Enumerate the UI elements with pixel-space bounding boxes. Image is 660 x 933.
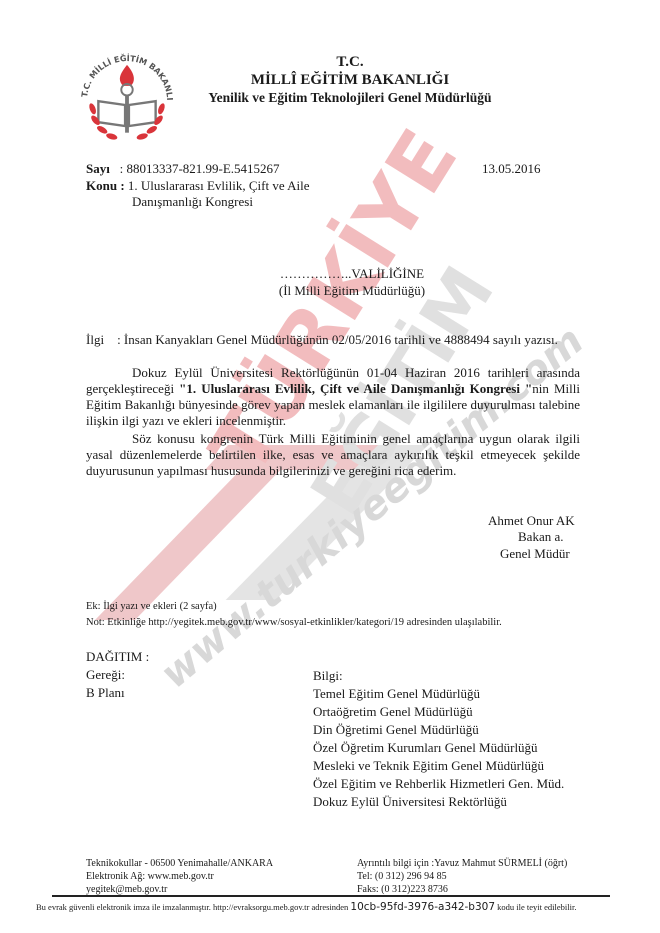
distribution-bilgi-label: Bilgi: — [313, 667, 564, 685]
reference: İlgi : İnsan Kanyakları Genel Müdürlüğün… — [86, 332, 558, 348]
footer-contact: Ayrıntılı bilgi için :Yavuz Mahmut SÜRME… — [357, 857, 567, 870]
body-paragraph-1: Dokuz Eylül Üniversitesi Rektörlüğünün 0… — [86, 365, 580, 429]
verification-code: 10cb-95fd-3976-a342-b307 — [350, 901, 495, 913]
list-item: Dokuz Eylül Üniversitesi Rektörlüğü — [313, 793, 564, 811]
distribution-bilgi-list: Bilgi: Temel Eğitim Genel Müdürlüğü Orta… — [313, 667, 564, 811]
list-item: Özel Öğretim Kurumları Genel Müdürlüğü — [313, 739, 564, 757]
list-item: Temel Eğitim Genel Müdürlüğü — [313, 685, 564, 703]
signatory-title1: Bakan a. — [518, 529, 563, 545]
footer-contact-block: Ayrıntılı bilgi için :Yavuz Mahmut SÜRME… — [357, 857, 567, 896]
addressee-line2: (İl Milli Eğitim Müdürlüğü) — [22, 283, 660, 299]
list-item: Mesleki ve Teknik Eğitim Genel Müdürlüğü — [313, 757, 564, 775]
verify-text-end: kodu ile teyit edilebilir. — [495, 902, 576, 912]
document-number: Sayı : 88013337-821.99-E.5415267 — [86, 161, 280, 177]
signatory-title2: Genel Müdür — [500, 546, 570, 562]
document-subject: Konu : 1. Uluslararası Evlilik, Çift ve … — [86, 178, 310, 194]
addressee-line1: ……………..VALİLİĞİNE — [22, 266, 660, 282]
sayi-value: : 88013337-821.99-E.5415267 — [120, 161, 280, 176]
list-item: Özel Eğitim ve Rehberlik Hizmetleri Gen.… — [313, 775, 564, 793]
header-ministry: MİLLÎ EĞİTİM BAKANLIĞI — [20, 72, 660, 89]
distribution-title: DAĞITIM : — [86, 649, 149, 665]
reference-value: : İnsan Kanyakları Genel Müdürlüğünün 02… — [117, 332, 558, 347]
verification-note: Bu evrak güvenli elektronik imza ile imz… — [36, 901, 576, 913]
verify-text-start: Bu evrak güvenli elektronik imza ile imz… — [36, 902, 350, 912]
attachment-note: Ek: İlgi yazı ve ekleri (2 sayfa) — [86, 601, 217, 612]
footer-divider — [52, 895, 610, 897]
sayi-label: Sayı — [86, 161, 110, 176]
footer-tel: Tel: (0 312) 296 94 85 — [357, 870, 567, 883]
distribution-geregi-label: Gereği: — [86, 667, 125, 683]
document-page: T.C. MİLLİ EĞİTİM BAKANLIĞI T.C. MİLLÎ E… — [0, 0, 660, 933]
p1-congress-name: "1. Uluslararası Evlilik, Çift ve Aile D… — [179, 381, 532, 396]
distribution-geregi-item: B Planı — [86, 685, 125, 701]
konu-label: Konu : — [86, 178, 125, 193]
event-link-note[interactable]: Not: Etkinliğe http://yegitek.meb.gov.tr… — [86, 617, 502, 628]
document-date: 13.05.2016 — [482, 161, 541, 177]
header-department: Yenilik ve Eğitim Teknolojileri Genel Mü… — [20, 90, 660, 106]
header-tc: T.C. — [20, 54, 660, 71]
footer-website[interactable]: Elektronik Ağ: www.meb.gov.tr — [86, 870, 273, 883]
footer-address-block: Teknikokullar - 06500 Yenimahalle/ANKARA… — [86, 857, 273, 896]
body-paragraph-2: Söz konusu kongrenin Türk Milli Eğitimin… — [86, 431, 580, 479]
list-item: Ortaöğretim Genel Müdürlüğü — [313, 703, 564, 721]
footer-address: Teknikokullar - 06500 Yenimahalle/ANKARA — [86, 857, 273, 870]
konu-value-line1: 1. Uluslararası Evlilik, Çift ve Aile — [125, 178, 310, 193]
konu-value-line2: Danışmanlığı Kongresi — [132, 194, 253, 210]
reference-label: İlgi — [86, 332, 104, 347]
list-item: Din Öğretimi Genel Müdürlüğü — [313, 721, 564, 739]
signatory-name: Ahmet Onur AK — [488, 513, 575, 529]
